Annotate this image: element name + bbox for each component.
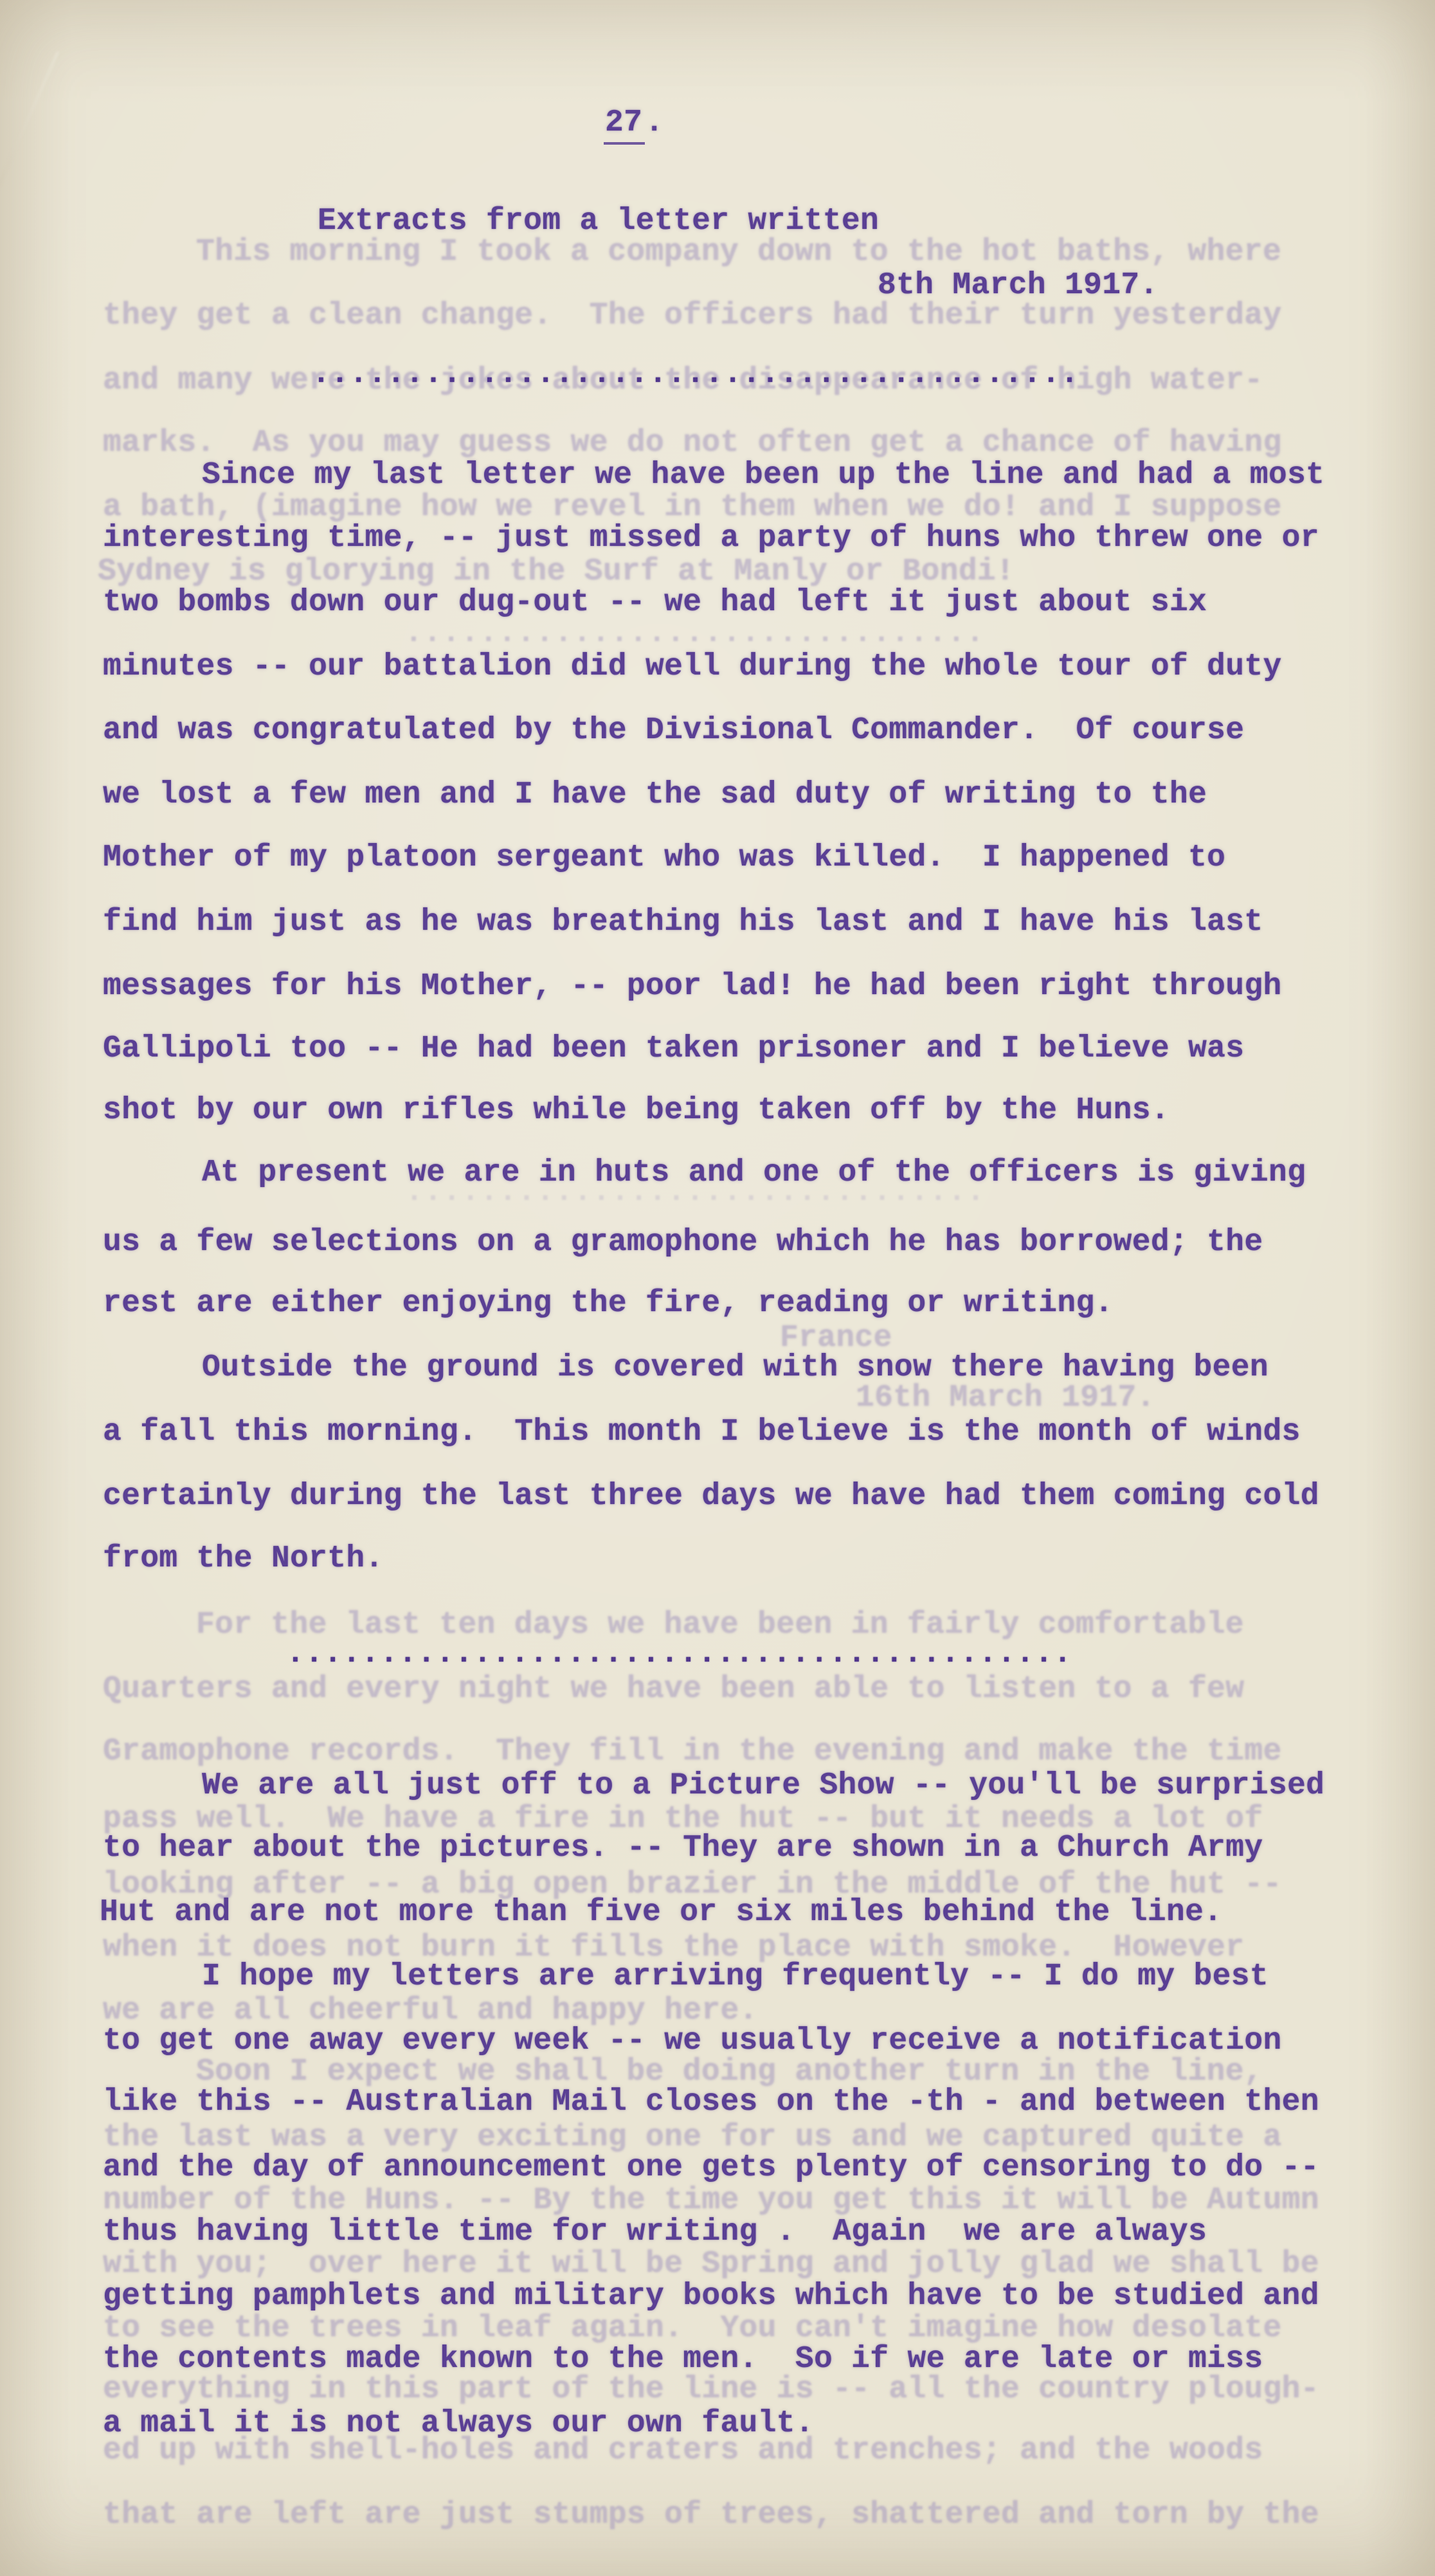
letter-line: a mail it is not always our own fault. [103,2404,814,2443]
letter-line: like this -- Australian Mail closes on t… [103,2083,1319,2121]
letter-line: I hope my letters are arriving frequentl… [202,1957,1268,1996]
page-number: 27. [604,104,663,142]
letter-line: and was congratulated by the Divisional … [103,711,1244,750]
letter-date: 8th March 1917. [878,266,1159,305]
letter-line: Outside the ground is covered with snow … [202,1348,1268,1387]
dotted-separator: ........................................… [312,355,1079,394]
letter-line: thus having little time for writing . Ag… [103,2213,1207,2251]
letter-line: Gallipoli too -- He had been taken priso… [103,1029,1244,1068]
letter-line: the contents made known to the men. So i… [103,2340,1263,2379]
letter-line: Since my last letter we have been up the… [202,456,1324,494]
letter-line: getting pamphlets and military books whi… [103,2277,1319,2316]
letter-line: Hut and are not more than five or six mi… [100,1893,1222,1932]
letter-line: minutes -- our battalion did well during… [103,648,1282,686]
letter-line: to hear about the pictures. -- They are … [103,1829,1263,1867]
letter-line: interesting time, -- just missed a party… [103,519,1319,558]
letter-line: We are all just off to a Picture Show --… [202,1766,1324,1805]
letter-line: At present we are in huts and one of the… [202,1154,1306,1192]
letter-line: certainly during the last three days we … [103,1477,1319,1516]
letter-line: we lost a few men and I have the sad dut… [103,776,1207,814]
letter-page: This morning I took a company down to th… [0,0,1435,2576]
page-number-period: . [645,105,663,140]
letter-heading: Extracts from a letter written [318,202,879,240]
letter-line: us a few selections on a gramophone whic… [103,1223,1263,1262]
letter-line: and the day of announcement one gets ple… [103,2148,1319,2187]
ghost-line: that are left are just stumps of trees, … [103,2496,1319,2534]
letter-line: a fall this morning. This month I believ… [103,1413,1301,1451]
letter-line: two bombs down our dug-out -- we had lef… [103,583,1207,622]
letter-line: shot by our own rifles while being taken… [103,1091,1169,1130]
ghost-line: Quarters and every night we have been ab… [103,1670,1244,1709]
letter-line: rest are either enjoying the fire, readi… [103,1284,1114,1323]
letter-line: messages for his Mother, -- poor lad! he… [103,967,1282,1006]
dotted-separator: ........................................… [286,1635,1072,1673]
letter-line: find him just as he was breathing his la… [103,903,1263,941]
page-number-value: 27 [604,105,645,145]
ghost-line: Gramophone records. They fill in the eve… [103,1732,1282,1771]
paper-crease [0,51,59,193]
letter-line: Mother of my platoon sergeant who was ki… [103,839,1225,877]
letter-line: from the North. [103,1539,384,1578]
letter-line: to get one away every week -- we usually… [103,2022,1282,2060]
